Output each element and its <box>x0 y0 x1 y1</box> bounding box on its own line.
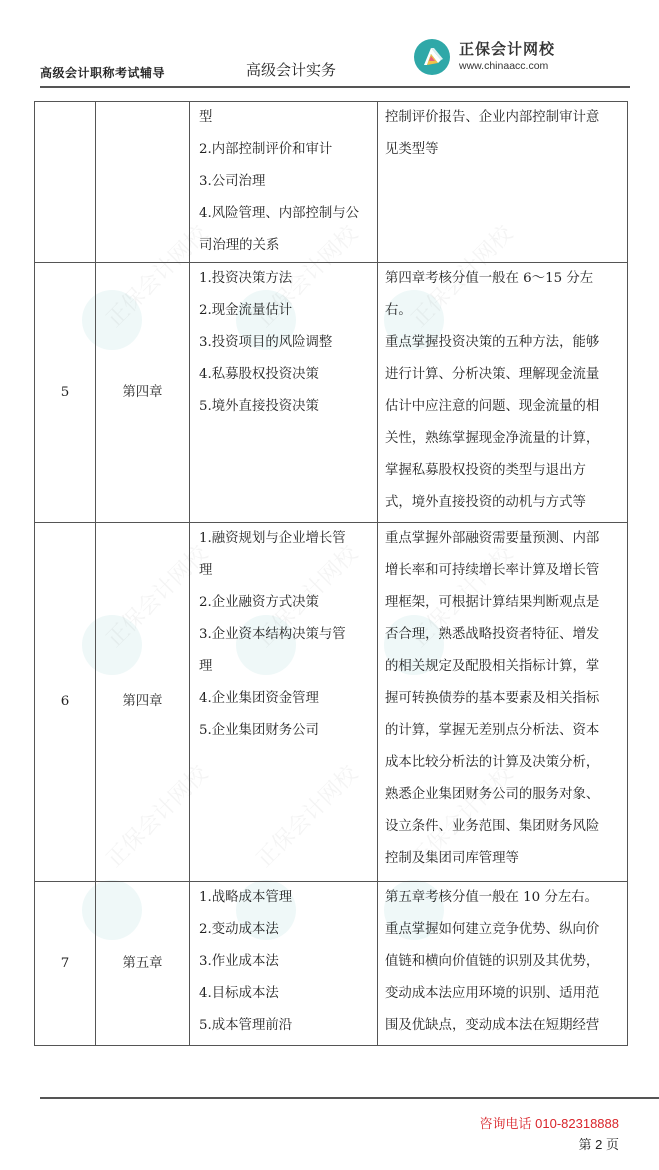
focus-line: 见类型等 <box>385 134 621 166</box>
focus-line: 理框架，可根据计算结果判断观点是 <box>385 587 621 619</box>
knowledge-point: 1.战略成本管理 <box>199 882 371 914</box>
focus-line: 右。 <box>385 295 621 327</box>
knowledge-point: 3.公司治理 <box>199 166 371 198</box>
exam-focus: 第五章考核分值一般在 10 分左右。 重点掌握如何建立竞争优势、纵向价 值链和横… <box>378 882 628 1046</box>
exam-focus: 重点掌握外部融资需要量预测、内部 增长率和可持续增长率计算及增长管 理框架，可根… <box>378 523 628 882</box>
page-header: 高级会计职称考试辅导 高级会计实务 正保会计网校 www.chinaacc.co… <box>0 0 659 92</box>
page-number: 第 2 页 <box>579 1134 619 1153</box>
knowledge-point: 5.境外直接投资决策 <box>199 391 371 423</box>
row-number: 6 <box>35 523 96 882</box>
knowledge-points: 型 2.内部控制评价和审计 3.公司治理 4.风险管理、内部控制与公 司治理的关… <box>190 102 378 263</box>
table-row: 5 第四章 1.投资决策方法 2.现金流量估计 3.投资项目的风险调整 4.私募… <box>35 263 628 523</box>
row-number <box>35 102 96 263</box>
exam-focus: 控制评价报告、企业内部控制审计意 见类型等 <box>378 102 628 263</box>
knowledge-points: 1.战略成本管理 2.变动成本法 3.作业成本法 4.目标成本法 5.成本管理前… <box>190 882 378 1046</box>
focus-line: 否合理，熟悉战略投资者特征、增发 <box>385 619 621 651</box>
focus-line: 成本比较分析法的计算及决策分析， <box>385 747 621 779</box>
header-divider <box>40 86 630 88</box>
focus-line: 围及优缺点，变动成本法在短期经营 <box>385 1010 621 1042</box>
focus-line: 进行计算、分析决策、理解现金流量 <box>385 359 621 391</box>
knowledge-point: 5.企业集团财务公司 <box>199 715 371 747</box>
brand-url: www.chinaacc.com <box>459 60 548 72</box>
focus-line: 变动成本法应用环境的识别、适用范 <box>385 978 621 1010</box>
table-row: 型 2.内部控制评价和审计 3.公司治理 4.风险管理、内部控制与公 司治理的关… <box>35 102 628 263</box>
knowledge-point: 3.企业资本结构决策与管 <box>199 619 371 651</box>
header-course-title: 高级会计职称考试辅导 <box>40 64 165 81</box>
knowledge-point: 4.风险管理、内部控制与公 <box>199 198 371 230</box>
focus-line: 增长率和可持续增长率计算及增长管 <box>385 555 621 587</box>
focus-line: 式，境外直接投资的动机与方式等 <box>385 487 621 519</box>
knowledge-point: 3.作业成本法 <box>199 946 371 978</box>
knowledge-point: 2.企业融资方式决策 <box>199 587 371 619</box>
knowledge-point: 1.融资规划与企业增长管 <box>199 523 371 555</box>
focus-line: 控制及集团司库管理等 <box>385 843 621 875</box>
focus-line: 控制评价报告、企业内部控制审计意 <box>385 102 621 134</box>
footer-divider <box>40 1097 659 1099</box>
focus-line: 值链和横向价值链的识别及其优势， <box>385 946 621 978</box>
consult-phone: 咨询电话 010-82318888 <box>480 1113 619 1132</box>
knowledge-point: 4.目标成本法 <box>199 978 371 1010</box>
knowledge-point: 2.变动成本法 <box>199 914 371 946</box>
knowledge-point: 4.私募股权投资决策 <box>199 359 371 391</box>
table-row: 7 第五章 1.战略成本管理 2.变动成本法 3.作业成本法 4.目标成本法 5… <box>35 882 628 1046</box>
row-chapter <box>96 102 190 263</box>
table-row: 6 第四章 1.融资规划与企业增长管 理 2.企业融资方式决策 3.企业资本结构… <box>35 523 628 882</box>
focus-line: 握可转换债券的基本要素及相关指标 <box>385 683 621 715</box>
knowledge-point: 型 <box>199 102 371 134</box>
row-number: 7 <box>35 882 96 1046</box>
focus-line: 熟悉企业集团财务公司的服务对象、 <box>385 779 621 811</box>
focus-line: 掌握私募股权投资的类型与退出方 <box>385 455 621 487</box>
knowledge-point: 4.企业集团资金管理 <box>199 683 371 715</box>
brand-name: 正保会计网校 <box>459 38 555 59</box>
knowledge-point: 2.内部控制评价和审计 <box>199 134 371 166</box>
focus-line: 估计中应注意的问题、现金流量的相 <box>385 391 621 423</box>
knowledge-point: 1.投资决策方法 <box>199 263 371 295</box>
knowledge-point: 3.投资项目的风险调整 <box>199 327 371 359</box>
row-chapter: 第四章 <box>96 523 190 882</box>
row-number: 5 <box>35 263 96 523</box>
focus-line: 重点掌握投资决策的五种方法，能够 <box>385 327 621 359</box>
knowledge-point: 5.成本管理前沿 <box>199 1010 371 1042</box>
exam-outline-table: 型 2.内部控制评价和审计 3.公司治理 4.风险管理、内部控制与公 司治理的关… <box>34 101 628 1046</box>
knowledge-point: 司治理的关系 <box>199 230 371 262</box>
focus-line: 第五章考核分值一般在 10 分左右。 <box>385 882 621 914</box>
focus-line: 的相关规定及配股相关指标计算，掌 <box>385 651 621 683</box>
knowledge-points: 1.投资决策方法 2.现金流量估计 3.投资项目的风险调整 4.私募股权投资决策… <box>190 263 378 523</box>
focus-line: 的计算，掌握无差别点分析法、资本 <box>385 715 621 747</box>
focus-line: 设立条件、业务范围、集团财务风险 <box>385 811 621 843</box>
exam-focus: 第四章考核分值一般在 6～15 分左 右。 重点掌握投资决策的五种方法，能够 进… <box>378 263 628 523</box>
focus-line: 关性，熟练掌握现金净流量的计算， <box>385 423 621 455</box>
chinaacc-logo-icon <box>414 39 450 75</box>
row-chapter: 第五章 <box>96 882 190 1046</box>
row-chapter: 第四章 <box>96 263 190 523</box>
header-subject-title: 高级会计实务 <box>246 59 336 80</box>
focus-line: 第四章考核分值一般在 6～15 分左 <box>385 263 621 295</box>
knowledge-point: 理 <box>199 555 371 587</box>
knowledge-points: 1.融资规划与企业增长管 理 2.企业融资方式决策 3.企业资本结构决策与管 理… <box>190 523 378 882</box>
knowledge-point: 2.现金流量估计 <box>199 295 371 327</box>
knowledge-point: 理 <box>199 651 371 683</box>
focus-line: 重点掌握外部融资需要量预测、内部 <box>385 523 621 555</box>
focus-line: 重点掌握如何建立竞争优势、纵向价 <box>385 914 621 946</box>
